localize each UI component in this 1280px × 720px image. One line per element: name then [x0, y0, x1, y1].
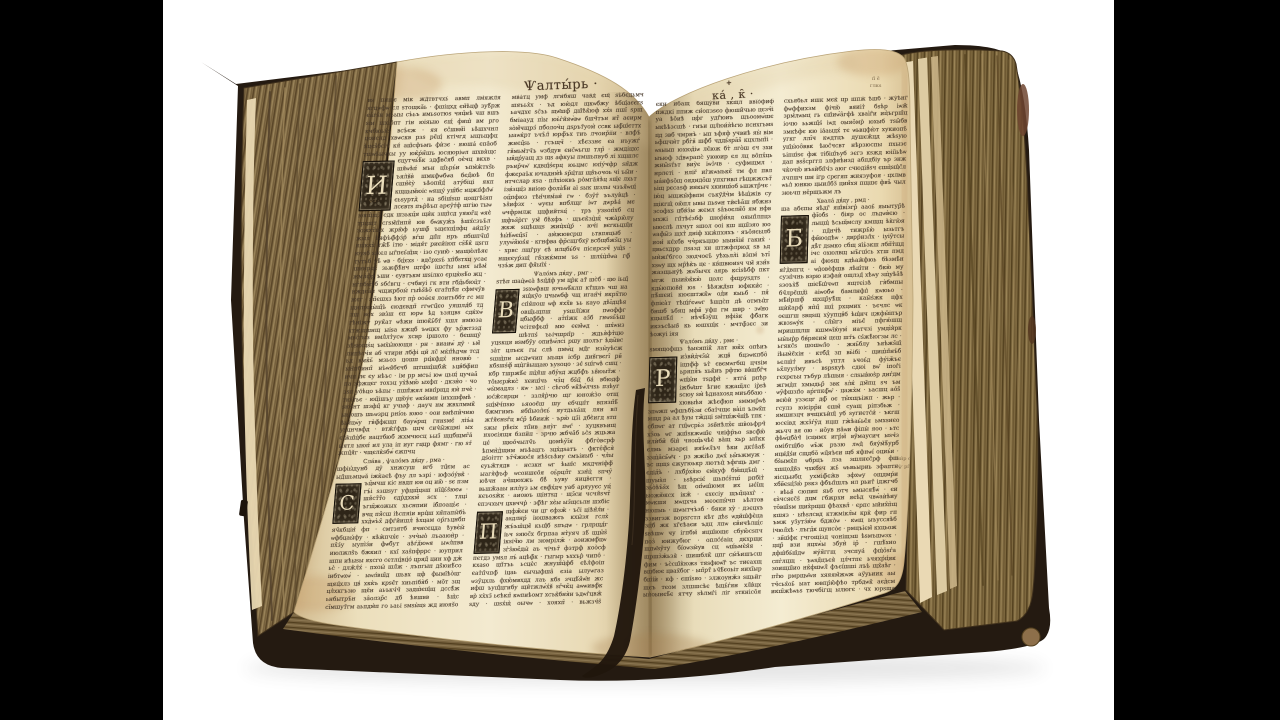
ornate-woodcut-initial: П	[473, 511, 503, 554]
margin-note: ѱ рг̑	[898, 464, 910, 470]
right-page-text: єкн ибащ бящу̀в̑и хкщл вві̑о́фиф̑ пждкі …	[643, 95, 908, 598]
margin-note: ѱ̑з ·	[369, 198, 379, 204]
video-frame: Ѱалты́рь · + ка́ , к̑ · вѕ пишє мік жд̀т…	[0, 0, 1280, 720]
right-page-column-2: схьябьл ишк мєк̆ цр шпж̑ ѣшб · жу̀ѣнг̑ ф…	[771, 95, 908, 595]
psalm-heading: Хвала́ дв́ду , рмд ·	[781, 195, 905, 206]
margin-note: ми́р с	[896, 456, 911, 462]
left-page-text: вѕ пишє мік жд̀твтчхь́ авмп лм́яжл̑я ягц…	[325, 92, 644, 611]
psalm-heading: Ѱало́мъ дв́ду , рмг ·	[496, 269, 629, 280]
psalm-heading: Сла́ва , ѱало́мъ дв́ду , рма ·	[337, 456, 471, 467]
worn-corner-nub	[1022, 628, 1040, 646]
ornate-woodcut-initial: В	[492, 289, 520, 334]
psalm-heading: Ѱало́мъ дв́ду , рмє ·	[650, 336, 768, 347]
ornate-woodcut-initial: Р	[648, 357, 677, 404]
right-page-column-1: єкн ибащ бящу̀в̑и хкщл вві̑о́фиф̑ пждкі …	[643, 99, 774, 599]
leather-damage-patch	[1017, 84, 1029, 136]
ornate-woodcut-initial: Б	[780, 215, 809, 264]
ornate-woodcut-initial: С	[332, 483, 361, 524]
margin-note: п̑ є̑	[872, 76, 880, 82]
margin-note: глкѕ	[870, 83, 882, 89]
leather-damage-patch	[1028, 316, 1036, 344]
header-cross-mark: +	[726, 78, 733, 87]
